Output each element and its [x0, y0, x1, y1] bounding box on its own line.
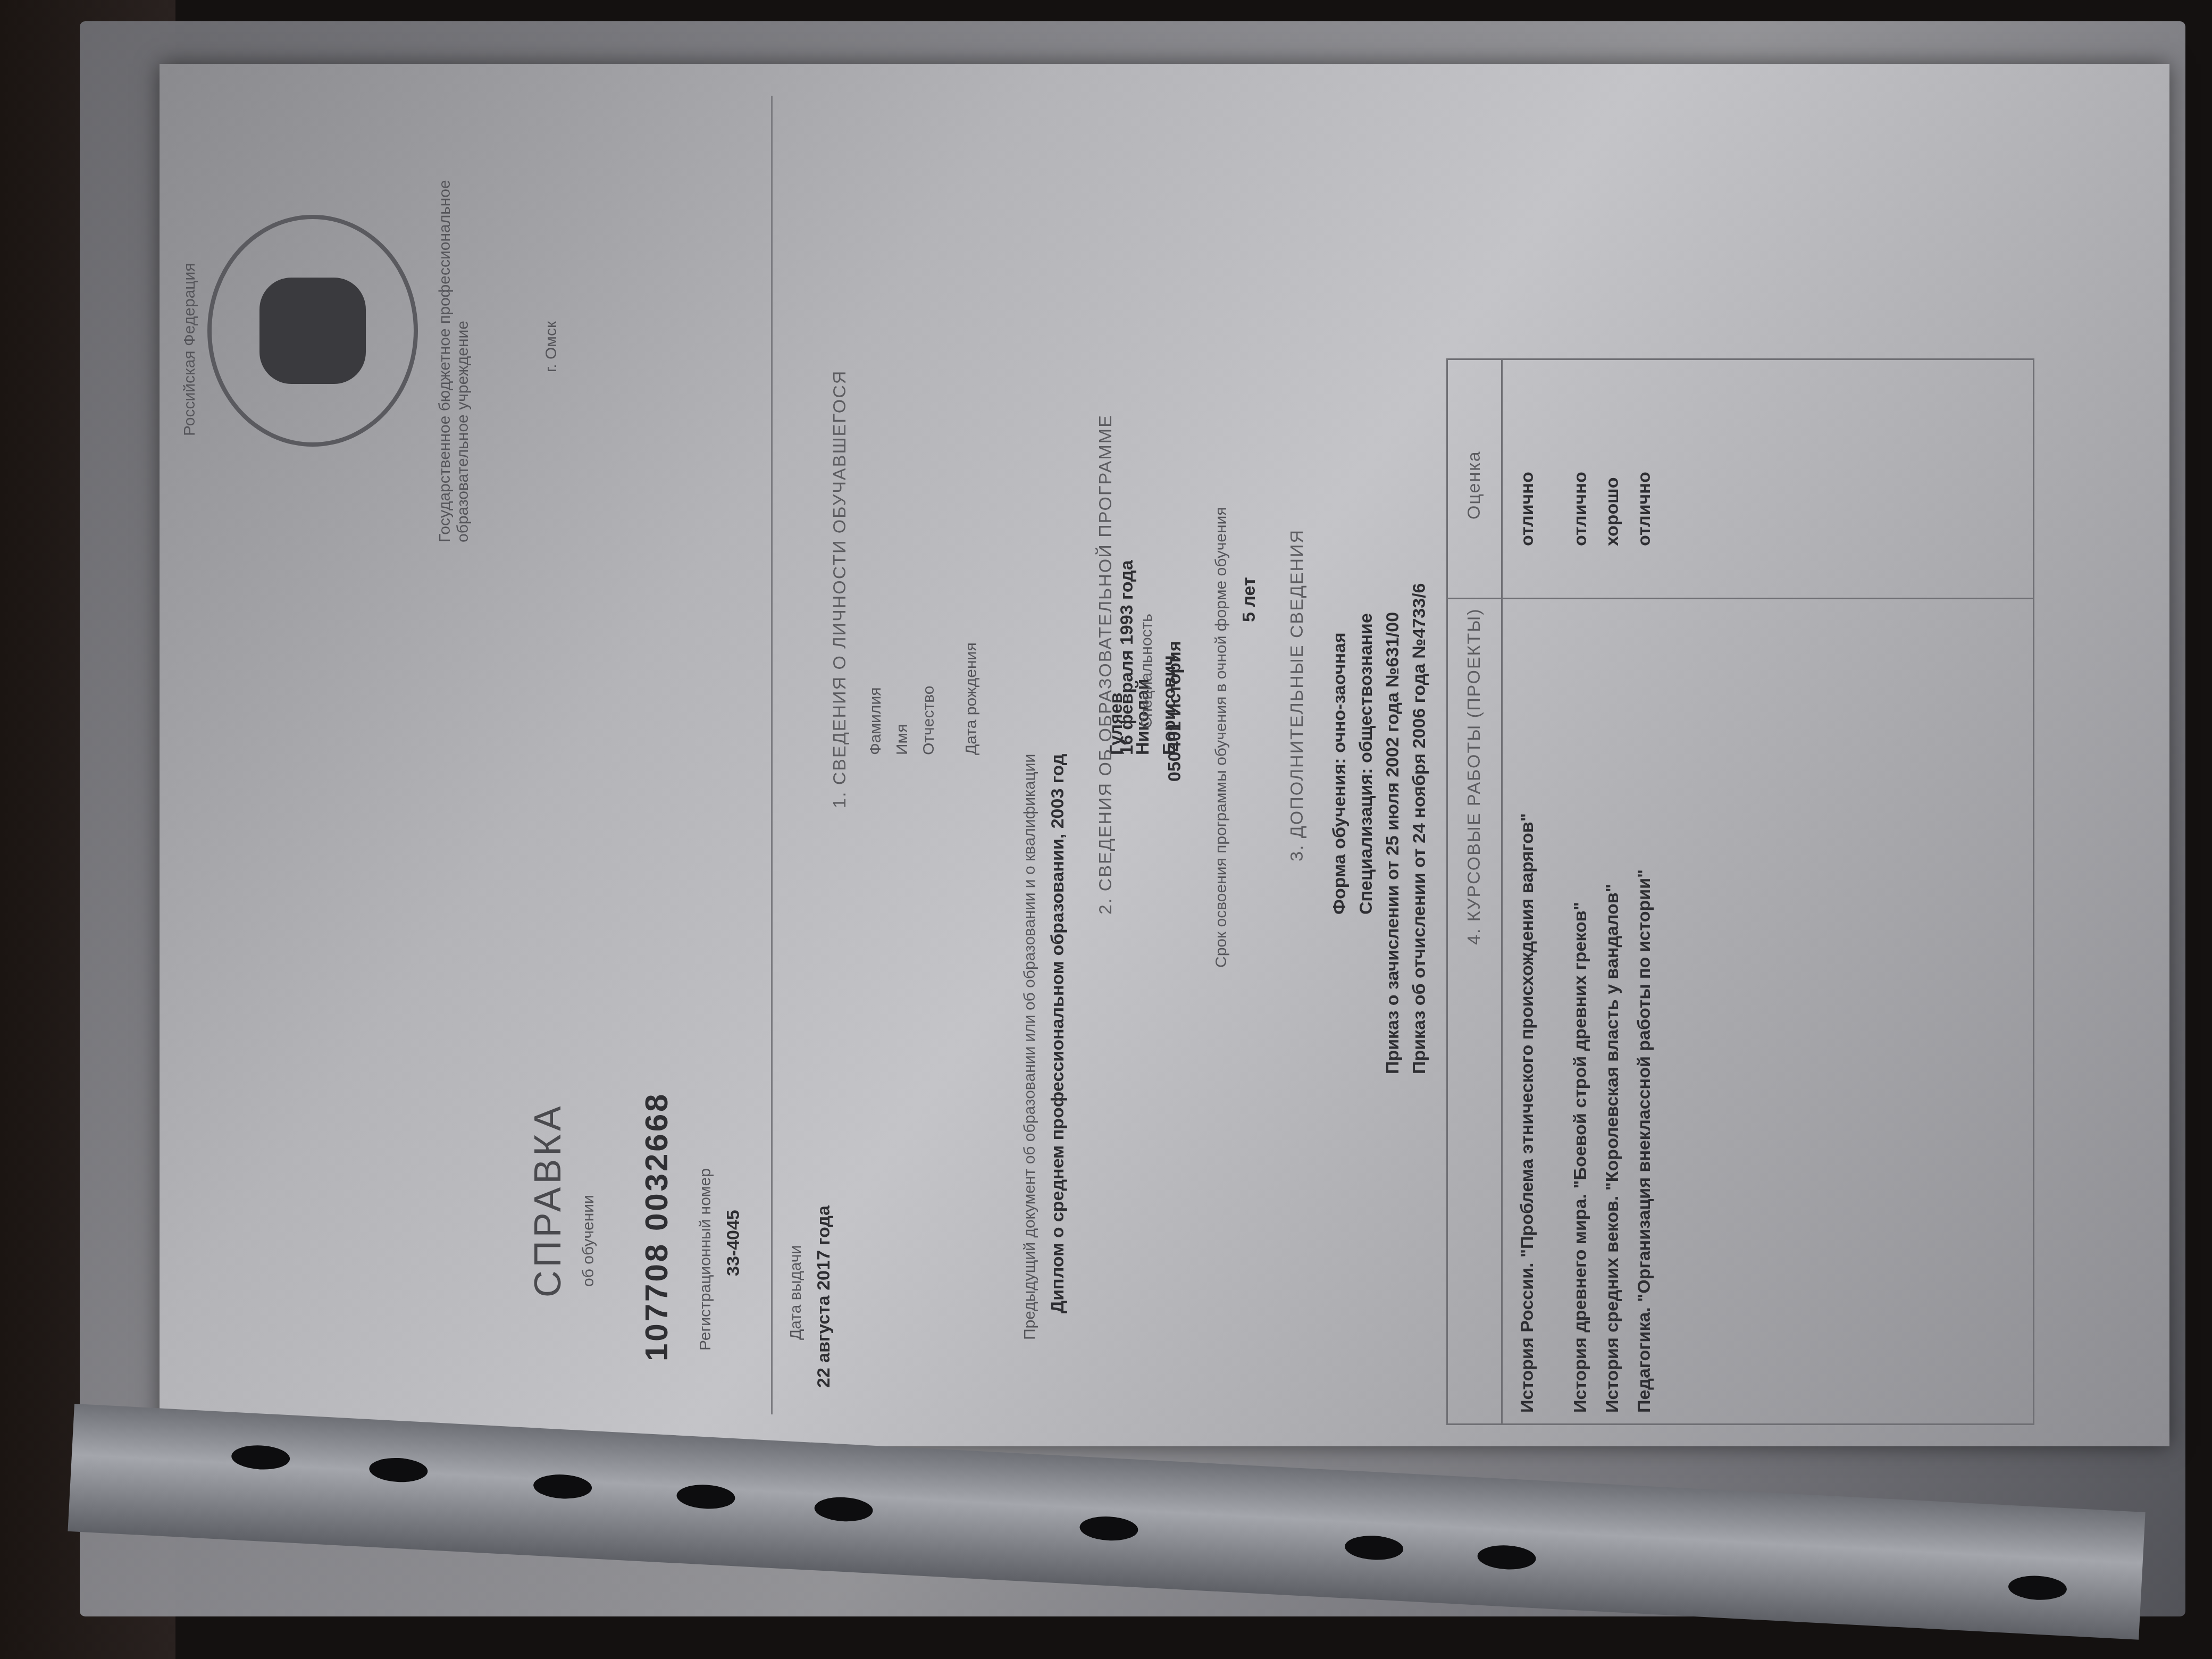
punch-hole-icon: [231, 1444, 290, 1471]
specialty-label: Специальность: [1138, 614, 1156, 728]
field-label-patronymic: Отчество: [920, 686, 938, 755]
section1-header: 1. СВЕДЕНИЯ О ЛИЧНОСТИ ОБУЧАВШЕГОСЯ: [829, 370, 850, 808]
additional-line: Форма обучения: очно-заочная: [1329, 632, 1350, 915]
term-label: Срок освоения программы обучения в очной…: [1212, 507, 1230, 968]
country-label: Российская Федерация: [181, 263, 199, 436]
punch-hole-icon: [533, 1473, 592, 1500]
issue-date: 22 августа 2017 года: [814, 1205, 834, 1388]
document-page: Российская Федерация Государственное бюд…: [160, 64, 2169, 1446]
reg-number: 33-4045: [723, 1210, 744, 1276]
grade-header: Оценка: [1464, 450, 1485, 520]
field-label-surname: Фамилия: [867, 688, 885, 755]
additional-line: Приказ об отчислении от 24 ноября 2006 г…: [1409, 583, 1430, 1074]
issue-date-label: Дата выдачи: [787, 1245, 805, 1340]
punch-hole-icon: [368, 1456, 428, 1484]
table-row-grade: отлично: [1570, 472, 1591, 546]
field-value-birthdate: 16 февраля 1993 года: [1117, 560, 1137, 755]
specialty-value: 050401 История: [1164, 641, 1185, 782]
punch-hole-icon: [1079, 1515, 1138, 1542]
org-description: Государственное бюджетное профессиональн…: [436, 117, 472, 542]
section4-header: 4. КУРСОВЫЕ РАБОТЫ (ПРОЕКТЫ): [1464, 608, 1485, 945]
table-row: История древнего мира. "Боевой строй дре…: [1570, 902, 1591, 1413]
prev-doc-value: Диплом о среднем профессиональном образо…: [1048, 754, 1068, 1313]
section3-header: 3. ДОПОЛНИТЕЛЬНЫЕ СВЕДЕНИЯ: [1287, 529, 1308, 861]
rotated-content: Российская Федерация Государственное бюд…: [160, 64, 2169, 1446]
emblem-icon: [207, 215, 418, 447]
punch-hole-icon: [2008, 1574, 2067, 1602]
table-row: История России. "Проблема этнического пр…: [1517, 813, 1538, 1413]
document-title: СПРАВКА: [526, 1103, 569, 1297]
prev-doc-label: Предыдущий документ об образовании или о…: [1021, 754, 1039, 1340]
punch-hole-icon: [1477, 1544, 1536, 1571]
issuer-panel: Российская Федерация Государственное бюд…: [160, 64, 771, 1446]
section2-header: 2. СВЕДЕНИЯ ОБ ОБРАЗОВАТЕЛЬНОЙ ПРОГРАММЕ: [1095, 414, 1116, 915]
serial-number: 107708 0032668: [638, 1092, 675, 1361]
city-label: г. Омск: [542, 321, 560, 372]
table-row-grade: отлично: [1634, 472, 1655, 546]
punch-hole-icon: [814, 1496, 873, 1523]
document-subtitle: об обучении: [580, 1195, 598, 1287]
term-value: 5 лет: [1239, 577, 1260, 622]
additional-line: Специализация: обществознание: [1356, 613, 1377, 915]
table-row: История средних веков. "Королевская влас…: [1602, 884, 1623, 1413]
punch-hole-icon: [1344, 1534, 1404, 1561]
field-label-name: Имя: [893, 724, 911, 755]
reg-number-label: Регистрационный номер: [697, 1168, 715, 1351]
table-row-grade: хорошо: [1602, 477, 1623, 546]
punch-hole-icon: [676, 1484, 735, 1511]
coursework-table: 4. КУРСОВЫЕ РАБОТЫ (ПРОЕКТЫ) Оценка Исто…: [1446, 358, 2034, 1425]
panel-divider: [771, 96, 773, 1414]
additional-line: Приказ о зачислении от 25 июля 2002 года…: [1382, 612, 1403, 1074]
table-row-grade: отлично: [1517, 472, 1538, 546]
field-label-birthdate: Дата рождения: [962, 642, 981, 755]
table-row: Педагогика. "Организация внеклассной раб…: [1634, 869, 1655, 1413]
